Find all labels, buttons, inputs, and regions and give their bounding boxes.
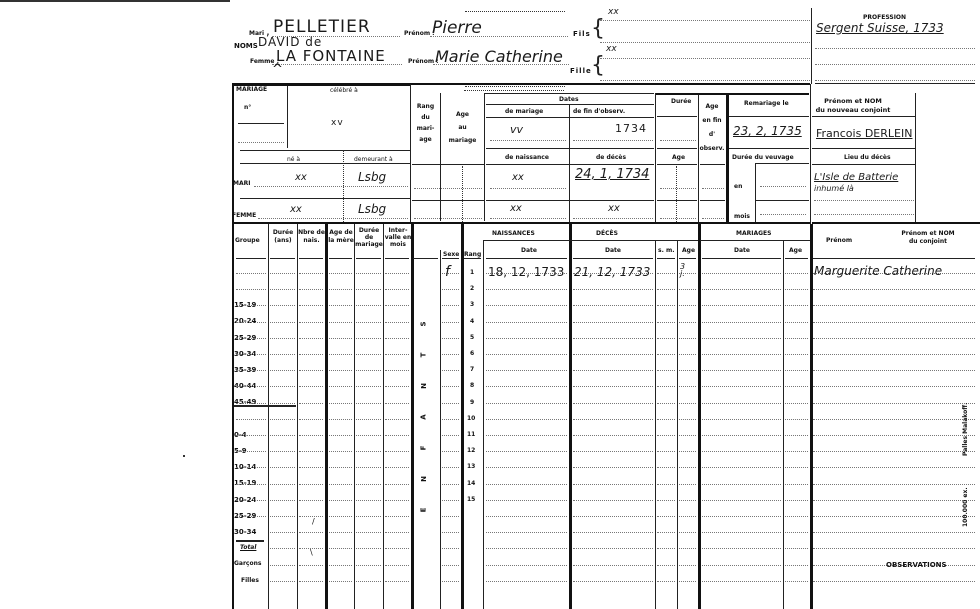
femme-naissance[interactable]: xx: [510, 203, 522, 214]
ne-a-label: né à: [287, 156, 300, 163]
group-label: Total: [240, 544, 256, 551]
filles-nbre-mark: \: [310, 548, 313, 557]
remariage-value[interactable]: 23, 2, 1735: [733, 124, 802, 138]
th-mariages: MARIAGES: [736, 230, 771, 237]
rank-number: 7: [470, 366, 474, 373]
rang-mariage-label: Rangdumari-age: [411, 101, 440, 145]
duree-veuvage-label: Durée du veuvage: [732, 154, 794, 161]
th-conjoint: Prénom et NOMdu conjoint: [880, 230, 976, 246]
rank-number: 9: [470, 399, 474, 406]
mari-prenom[interactable]: Pierre: [432, 18, 482, 38]
lieu-deces-line2[interactable]: inhumé là: [814, 184, 854, 193]
celebre-label: célébré à: [330, 87, 358, 94]
enfants-letter: T: [419, 353, 427, 358]
th-sexe: Sexe: [443, 251, 459, 258]
age-mariage-label: Ageaumariage: [441, 108, 484, 147]
femme-demeurant[interactable]: Lsbg: [358, 202, 386, 216]
naissance-label: de naissance: [505, 154, 549, 161]
th-naissances: NAISSANCES: [492, 230, 535, 237]
lieu-deces-line1[interactable]: L'Isle de Batterie: [814, 172, 898, 183]
rank-number: 14: [467, 480, 475, 487]
th-mariages-date: Date: [734, 247, 750, 254]
enfants-letter: A: [420, 414, 428, 419]
numero-label: n°: [244, 104, 251, 111]
rank-number: 4: [470, 318, 474, 325]
rank-number: 2: [470, 285, 474, 292]
femme-row-label: FEMME: [232, 212, 256, 219]
th-nbre-nais: Nbre denais.: [297, 229, 326, 245]
insertion-caret: ^: [272, 62, 283, 77]
fils-label: Fils: [573, 30, 591, 38]
mariage-label: MARIAGE: [236, 86, 267, 93]
th-duree: Durée(ans): [269, 229, 297, 245]
group-label: 30-34: [234, 528, 256, 536]
enfants-letter: S: [420, 321, 428, 326]
child-1-naissance[interactable]: 18, 12, 1733: [488, 265, 564, 279]
fin-observ-label: de fin d'observ.: [573, 108, 625, 115]
th-duree-mariage: Duréedemariage: [354, 227, 384, 248]
child-1-deces[interactable]: 21, 12, 1733: [574, 265, 650, 279]
th-prenom: Prénom: [826, 237, 852, 244]
mari-naissance[interactable]: xx: [512, 172, 524, 183]
th-naissances-date: Date: [521, 247, 537, 254]
th-rang: Rang: [464, 251, 481, 258]
th-deces-date: Date: [605, 247, 621, 254]
dates-label: Dates: [559, 96, 579, 103]
mari-demeurant[interactable]: Lsbg: [358, 170, 386, 184]
rank-number: 11: [467, 431, 475, 438]
en-label: en: [734, 183, 742, 190]
demeurant-label: demeurant à: [354, 156, 393, 163]
th-mariages-age: Age: [789, 247, 802, 254]
duree-label: Durée: [671, 98, 691, 105]
scan-dot: [183, 455, 185, 457]
rank-number: 5: [470, 334, 474, 341]
femme-nom-line2[interactable]: LA FONTAINE: [276, 47, 386, 65]
fin-observ-value[interactable]: 1734: [615, 122, 647, 135]
fils-brace: {: [591, 18, 605, 40]
enfants-letter: E: [419, 508, 427, 513]
fils-mark: xx: [608, 7, 619, 17]
mari-deces[interactable]: 24, 1, 1734: [575, 167, 649, 182]
deces-label: de décès: [596, 154, 626, 161]
rank-number: 15: [467, 496, 475, 503]
th-intervalle: Inter-valle enmois: [384, 227, 412, 248]
scan-edge: [0, 0, 230, 2]
th-deces: DÉCÈS: [596, 230, 618, 237]
celebre-value[interactable]: xv: [331, 118, 344, 128]
enfants-letter: N: [420, 383, 428, 389]
print-run: 100.000 ex.: [962, 487, 969, 527]
fille-mark: xx: [606, 44, 617, 54]
enfants-letter: F: [419, 446, 427, 451]
th-sm: s. m.: [658, 247, 674, 254]
rank-number: 6: [470, 350, 474, 357]
th-age: Age: [682, 247, 695, 254]
printer-credit: Palles Malakoff.: [962, 403, 969, 456]
rank-number: 1: [470, 269, 474, 276]
th-groupe: Groupe: [235, 237, 260, 244]
child-1-sexe[interactable]: f: [445, 264, 450, 280]
femme-ne-a[interactable]: xx: [290, 204, 302, 215]
observations-label: OBSERVATIONS: [886, 561, 947, 569]
mari-ne-a[interactable]: xx: [295, 172, 307, 183]
nouveau-conjoint-value[interactable]: Francois DERLEIN: [816, 127, 912, 140]
age-fin-observ-label: Ageen find'observ.: [699, 100, 725, 156]
mois-label: mois: [734, 213, 750, 220]
rank-number: 8: [470, 382, 474, 389]
nouveau-conjoint-label: Prénom et NOMdu nouveau conjoint: [812, 97, 894, 115]
group-label: Filles: [241, 577, 259, 584]
mari-row-label: MARI: [233, 180, 250, 187]
remariage-label: Remariage le: [744, 100, 789, 107]
child-1-age[interactable]: 3 j.: [680, 263, 692, 277]
child-1-prenom[interactable]: Marguerite Catherine: [814, 264, 942, 278]
mari-nom[interactable]: PELLETIER: [273, 17, 371, 37]
de-mariage-value[interactable]: vv: [510, 123, 523, 136]
rank-number: 3: [470, 301, 474, 308]
femme-deces[interactable]: xx: [608, 203, 620, 214]
total-nbre-mark: /: [312, 517, 315, 526]
lieu-deces-label: Lieu du décès: [844, 154, 891, 161]
profession-value[interactable]: Sergent Suisse, 1733: [816, 21, 944, 35]
profession-label: PROFESSION: [863, 14, 906, 21]
noms-label: NOMS: [234, 42, 258, 50]
group-label: Garçons: [234, 560, 261, 567]
fille-label: Fille: [570, 67, 592, 75]
rank-number: 12: [467, 447, 475, 454]
rank-number: 10: [467, 415, 475, 422]
th-age-mere: Age dela mère: [327, 229, 355, 245]
enfants-letter: N: [420, 476, 428, 482]
rank-number: 13: [467, 463, 475, 470]
de-mariage-label: de mariage: [505, 108, 543, 115]
age-label-2: Age: [672, 154, 685, 161]
